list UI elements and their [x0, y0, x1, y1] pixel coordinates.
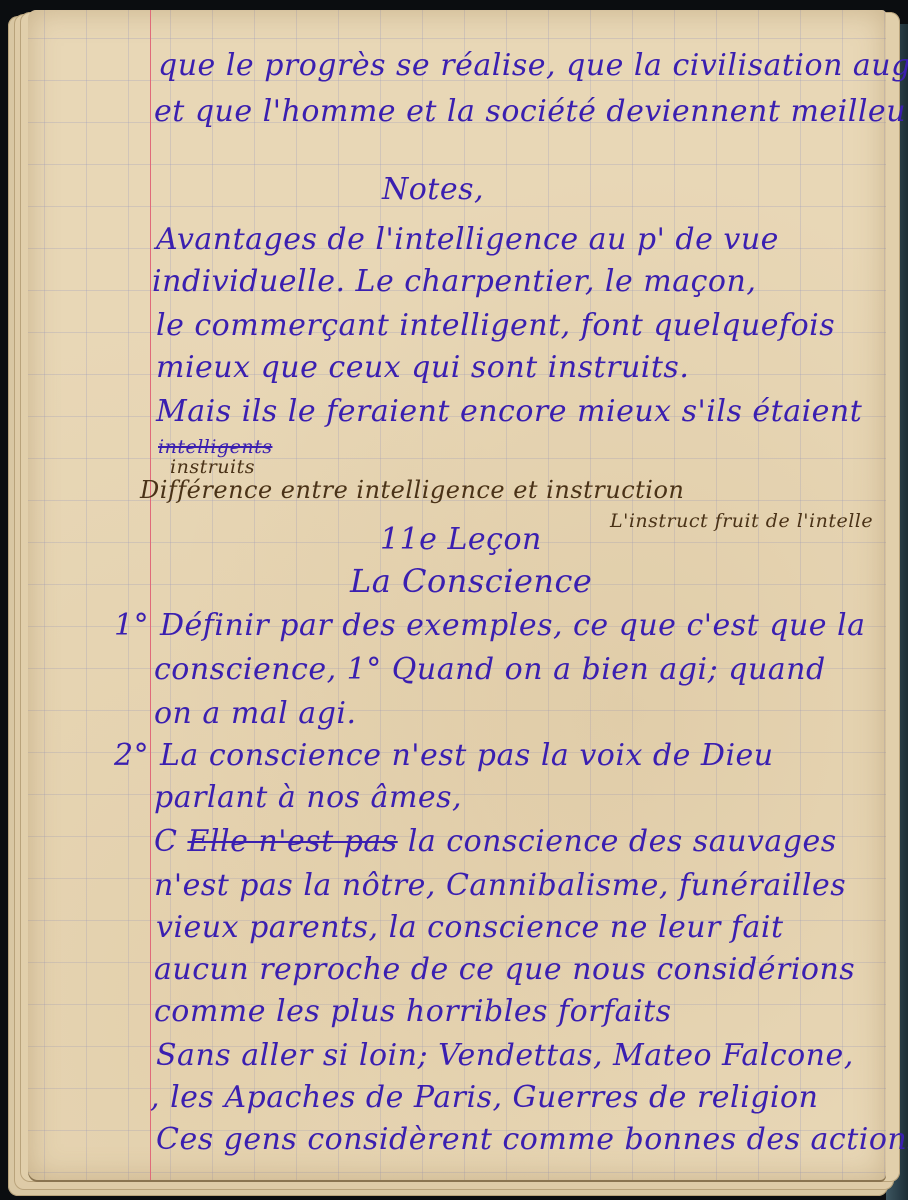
handwritten-content: que le progrès se réalise, que la civili…	[150, 10, 886, 1180]
text-line: Sans aller si loin; Vendettas, Mateo Fal…	[156, 1038, 854, 1073]
text-line: on a mal agi.	[154, 696, 357, 731]
inserted-word: instruits	[170, 456, 255, 478]
text: la conscience des sauvages	[408, 824, 837, 859]
struck-phrase: Elle n'est pas	[188, 824, 398, 859]
text-line: parlant à nos âmes,	[154, 780, 462, 815]
prefix: C	[154, 824, 177, 859]
text-line: Définir par des exemples, ce que c'est q…	[160, 608, 866, 643]
question-2: 2° La conscience n'est pas la voix de Di…	[160, 738, 774, 773]
lesson-title: La Conscience	[350, 562, 592, 600]
text-line: et que l'homme et la société deviennent …	[154, 94, 908, 129]
text-line: individuelle. Le charpentier, le maçon,	[152, 264, 756, 299]
text-line: La conscience n'est pas la voix de Dieu	[160, 738, 774, 773]
lesson-number: 11e Leçon	[380, 522, 542, 557]
notes-heading: Notes,	[382, 172, 484, 207]
text-line: n'est pas la nôtre, Cannibalisme, funéra…	[154, 868, 846, 903]
text-line: conscience, 1° Quand on a bien agi; quan…	[154, 652, 826, 687]
text-line: Différence entre intelligence et instruc…	[140, 476, 684, 504]
struck-word: intelligents	[158, 436, 272, 458]
side-note: L'instruct fruit de l'intelle	[610, 510, 873, 532]
text-line: mieux que ceux qui sont instruits.	[156, 350, 689, 385]
text-line: que le progrès se réalise, que la civili…	[158, 48, 908, 83]
text-line: comme les plus horribles forfaits	[154, 994, 672, 1029]
text-line: Mais ils le feraient encore mieux s'ils …	[156, 394, 862, 429]
text-line: vieux parents, la conscience ne leur fai…	[156, 910, 784, 945]
question-number: 1°	[114, 608, 149, 643]
text-line: aucun reproche de ce que nous considério…	[154, 952, 855, 987]
question-number: 2°	[114, 738, 149, 773]
text-line: le commerçant intelligent, font quelquef…	[156, 308, 835, 343]
question-1: 1° Définir par des exemples, ce que c'es…	[160, 608, 866, 643]
text-line: Avantages de l'intelligence au p' de vue	[156, 222, 779, 257]
text-line-with-correction: C Elle n'est pas la conscience des sauva…	[154, 824, 837, 859]
text-line: Ces gens considèrent comme bonnes des ac…	[156, 1122, 908, 1157]
notebook-page: que le progrès se réalise, que la civili…	[28, 10, 886, 1180]
text-line: , les Apaches de Paris, Guerres de relig…	[150, 1080, 818, 1115]
